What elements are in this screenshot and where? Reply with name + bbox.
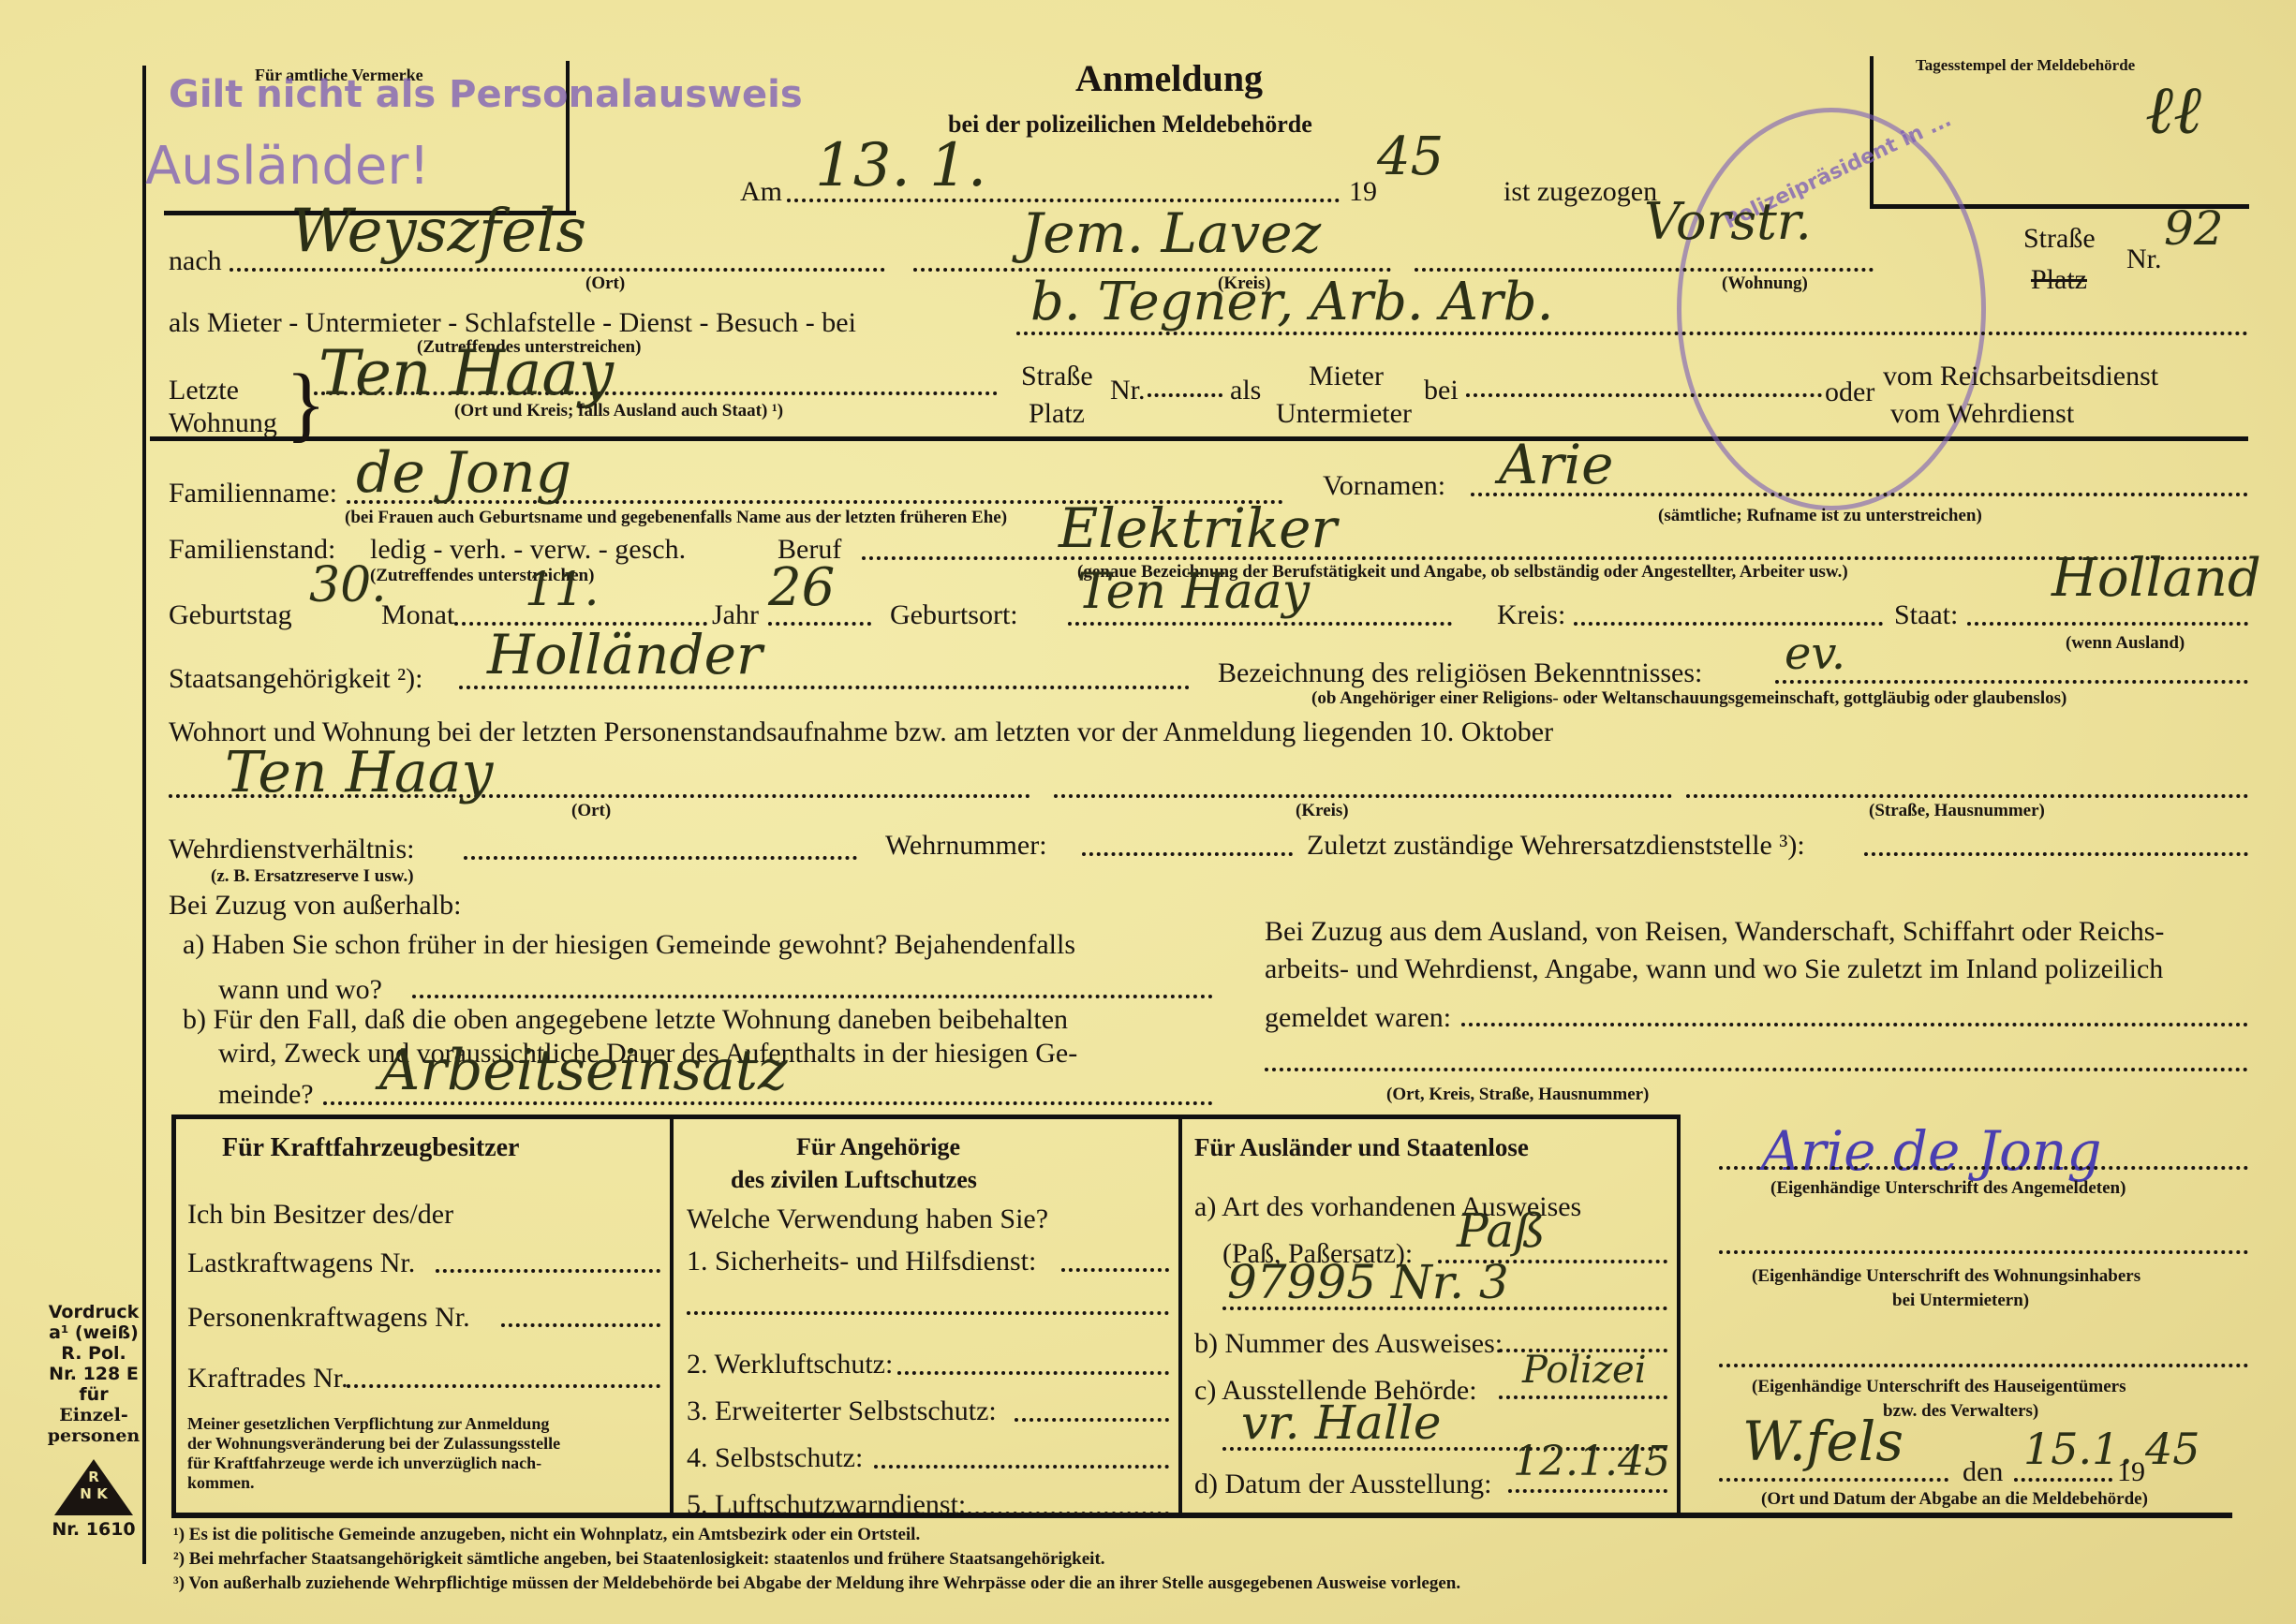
outside-a-line: [412, 995, 1213, 998]
last-residence-caption: (Ort und Kreis; falls Ausland auch Staat…: [454, 401, 783, 421]
birth-year-value[interactable]: 26: [768, 557, 835, 618]
last-residence-value[interactable]: Ten Haay: [318, 337, 614, 409]
abroad-line1: Bei Zuzug aus dem Ausland, von Reisen, W…: [1265, 916, 2164, 948]
boxes-top: [171, 1115, 1680, 1119]
airraid-title-1: Für Angehörige: [796, 1133, 960, 1161]
boxes-bottom: [171, 1513, 2232, 1518]
form-info-bold-line: personen: [37, 1425, 150, 1446]
vehicle-note: Meiner gesetzlichen Verpflichtung zur An…: [187, 1414, 560, 1493]
outside-b-line1: b) Für den Fall, daß die oben angegebene…: [183, 1004, 1068, 1036]
airraid-field[interactable]: [968, 1512, 1169, 1515]
given-names-value[interactable]: Arie: [1499, 433, 1614, 496]
submission-date-line: [2014, 1478, 2112, 1482]
birthday-label: Geburtstag: [169, 599, 292, 631]
recruiting-office-line: [1864, 852, 2248, 856]
year-line: [768, 622, 871, 626]
issue-date-label: d) Datum der Ausstellung:: [1194, 1469, 1491, 1500]
census-kreis-caption: (Kreis): [1296, 801, 1349, 821]
platz-label: Platz: [2031, 264, 2087, 296]
birthday-value[interactable]: 30.: [309, 557, 387, 613]
page-title: Anmeldung: [1075, 56, 1263, 100]
lr-bei-line: [1466, 393, 1822, 397]
owner-caption-2: bzw. des Verwalters): [1883, 1401, 2038, 1422]
outside-b-line3: meinde?: [218, 1079, 314, 1111]
birthplace-label: Geburtsort:: [890, 599, 1018, 631]
given-names-label: Vornamen:: [1323, 470, 1445, 502]
abroad-caption: (Ort, Kreis, Straße, Hausnummer): [1386, 1085, 1649, 1105]
wohnung-caption: (Wohnung): [1722, 273, 1808, 294]
district-line: [1574, 622, 1883, 626]
birthplace-line: [1068, 622, 1452, 626]
motorcycle-field[interactable]: [347, 1384, 660, 1388]
box-divider-2: [1178, 1119, 1182, 1517]
lr-bei: bei: [1424, 375, 1459, 406]
submission-place[interactable]: W.fels: [1742, 1410, 1903, 1473]
airraid-question: Welche Verwendung haben Sie?: [687, 1203, 1048, 1235]
district-label: Kreis:: [1497, 599, 1565, 631]
destination-district[interactable]: Jem. Lavez: [1021, 201, 1321, 265]
surname-value[interactable]: de Jong: [356, 440, 571, 506]
vehicle-note-line: für Kraftfahrzeuge werde ich unverzüglic…: [187, 1454, 560, 1473]
strasse-label: Straße: [2023, 223, 2096, 255]
issue-date-value[interactable]: 12.1.45: [1513, 1438, 1670, 1485]
lr-mieter: Mieter: [1309, 361, 1384, 392]
vehicle-box-title: Für Kraftfahrzeugbesitzer: [222, 1133, 520, 1163]
issuing-authority-value-2[interactable]: vr. Halle: [1241, 1395, 1441, 1450]
census-place-value[interactable]: Ten Haay: [225, 740, 493, 805]
id-number-label: b) Nummer des Ausweises:: [1194, 1328, 1503, 1360]
religion-label: Bezeichnung des religiösen Bekenntnisses…: [1218, 657, 1702, 689]
tenant-caption-2: bei Untermietern): [1892, 1291, 2029, 1311]
religion-value[interactable]: ev.: [1785, 627, 1845, 680]
submission-year-prefix: 19: [2117, 1456, 2145, 1488]
lr-als: als: [1230, 375, 1261, 406]
ort-caption: (Ort): [585, 273, 625, 294]
lr-untermieter: Untermieter: [1276, 398, 1412, 430]
page-subtitle: bei der polizeilichen Meldebehörde: [948, 111, 1312, 139]
registrant-caption: (Eigenhändige Unterschrift des Angemelde…: [1770, 1178, 2126, 1199]
issuing-authority-line: [1499, 1395, 1667, 1399]
airraid-field-extra[interactable]: [687, 1311, 1169, 1315]
last-residence-label-1: Letzte: [169, 375, 239, 406]
military-status-line: [464, 856, 857, 860]
military-status-label: Wehrdienstverhältnis:: [169, 834, 415, 865]
submission-year[interactable]: 45: [2145, 1424, 2200, 1474]
house-number[interactable]: 92: [2164, 201, 2224, 256]
lr-rad: vom Reichsarbeitsdienst: [1883, 361, 2158, 392]
census-street-caption: (Straße, Hausnummer): [1869, 801, 2045, 821]
boxes-left: [171, 1115, 176, 1517]
citizenship-value[interactable]: Holländer: [487, 623, 763, 687]
tenant-signature-line[interactable]: [1719, 1250, 2248, 1254]
vehicle-note-line: der Wohnungsveränderung bei der Zulassun…: [187, 1434, 560, 1454]
census-ort-caption: (Ort): [571, 801, 611, 821]
owner-caption-1: (Eigenhändige Unterschrift des Hauseigen…: [1752, 1377, 2126, 1397]
issuing-authority-value[interactable]: Polizei: [1522, 1349, 1647, 1392]
moved-in-label: ist zugezogen: [1504, 176, 1657, 208]
move-in-year[interactable]: 45: [1377, 126, 1444, 187]
car-label: Personenkraftwagens Nr.: [187, 1302, 470, 1334]
issue-date-line: [1508, 1489, 1667, 1493]
submission-place-line: [1719, 1478, 1948, 1482]
military-number-line: [1082, 852, 1293, 856]
host-name[interactable]: b. Tegner, Arb. Arb.: [1030, 272, 1553, 332]
surname-label: Familienname:: [169, 478, 337, 509]
military-number-label: Wehrnummer:: [885, 830, 1047, 862]
official-initials: ℓℓ: [2145, 70, 2201, 150]
form-info-line: Nr. 128 E: [37, 1364, 150, 1384]
state-line: [1967, 622, 2248, 626]
destination-place[interactable]: Weyszfels: [290, 197, 586, 266]
abroad-line2: arbeits- und Wehrdienst, Angabe, wann un…: [1265, 953, 2163, 985]
census-kreis-line: [1054, 794, 1672, 798]
tenant-caption-1: (Eigenhändige Unterschrift des Wohnungsi…: [1752, 1266, 2140, 1287]
motorcycle-label: Kraftrades Nr.: [187, 1363, 348, 1395]
form-info-bold-line: Einzel-: [37, 1405, 150, 1425]
month-label: Monat: [381, 599, 454, 631]
airraid-item: 3. Erweiterter Selbstschutz:: [687, 1395, 997, 1427]
airraid-title-2: des zivilen Luftschutzes: [731, 1166, 977, 1194]
destination-street[interactable]: Vorstr.: [1644, 192, 1812, 251]
recruiting-office-label: Zuletzt zuständige Wehrersatzdienststell…: [1307, 830, 1805, 862]
abroad-line3: gemeldet waren:: [1265, 1002, 1451, 1034]
military-status-caption: (z. B. Ersatzreserve I usw.): [211, 866, 414, 887]
stay-purpose-value[interactable]: Arbeitseinsatz: [379, 1038, 788, 1103]
airraid-field[interactable]: [1061, 1268, 1169, 1272]
owner-signature-line[interactable]: [1719, 1364, 2248, 1367]
airraid-item: 2. Werkluftschutz:: [687, 1349, 893, 1380]
id-type-value[interactable]: Paß: [1457, 1203, 1546, 1258]
state-caption: (wenn Ausland): [2066, 633, 2185, 654]
lr-strasse: Straße: [1021, 361, 1093, 392]
tenancy-options: als Mieter - Untermieter - Schlafstelle …: [169, 307, 856, 339]
month-value[interactable]: 11.: [525, 562, 600, 616]
box-divider-1: [670, 1119, 674, 1517]
vehicle-note-line: Meiner gesetzlichen Verpflichtung zur An…: [187, 1414, 560, 1434]
form-info-line: Vordruck: [37, 1302, 150, 1322]
stamp-foreigner: Ausländer!: [145, 136, 430, 197]
lr-nr-line: [1148, 393, 1222, 397]
given-names-caption: (sämtliche; Rufname ist zu unterstreiche…: [1658, 506, 1982, 526]
footnotes: ¹) Es ist die politische Gemeinde anzuge…: [173, 1523, 1460, 1596]
registrant-signature[interactable]: Arie de Jong: [1761, 1119, 2101, 1183]
airraid-item: 5. Luftschutzwarndienst:: [687, 1489, 966, 1521]
outside-heading: Bei Zuzug von außerhalb:: [169, 890, 461, 922]
abroad-line-1: [1461, 1023, 2248, 1026]
profession-value[interactable]: Elektriker: [1059, 496, 1337, 560]
form-number: Nr. 1610: [37, 1519, 150, 1540]
marital-status-options[interactable]: ledig - verh. - verw. - gesch.: [370, 534, 686, 566]
outside-a-line1: a) Haben Sie schon früher in der hiesige…: [183, 929, 1075, 961]
outside-a-line2: wann und wo?: [218, 974, 382, 1006]
foreigner-box-title: Für Ausländer und Staatenlose: [1194, 1133, 1529, 1162]
lr-nr: Nr.: [1110, 375, 1146, 406]
state-value[interactable]: Holland: [2052, 548, 2261, 609]
id-number-handwritten[interactable]: 97995 Nr. 3: [1227, 1255, 1509, 1309]
lr-wehrdienst: vom Wehrdienst: [1890, 398, 2074, 430]
car-field[interactable]: [501, 1323, 660, 1327]
registrant-signature-line: [1719, 1166, 2248, 1170]
airraid-item: 1. Sicherheits- und Hilfsdienst:: [687, 1246, 1036, 1277]
surname-caption: (bei Frauen auch Geburtsname und gegeben…: [345, 508, 1007, 528]
submission-caption: (Ort und Datum der Abgabe an die Meldebe…: [1761, 1489, 2148, 1510]
lr-oder: oder: [1825, 376, 1874, 408]
day-stamp-label: Tagesstempel der Meldebehörde: [1916, 56, 2135, 75]
stamp-not-id: Gilt nicht als Personalausweis: [169, 73, 803, 116]
state-label: Staat:: [1894, 599, 1958, 631]
move-in-date[interactable]: 13. 1.: [815, 131, 986, 200]
footnote: ¹) Es ist die politische Gemeinde anzuge…: [173, 1523, 1460, 1547]
truck-label: Lastkraftwagens Nr.: [187, 1248, 415, 1279]
boxes-right: [1677, 1115, 1681, 1517]
birthplace-value[interactable]: Ten Haay: [1077, 564, 1310, 620]
form-info-line: für: [37, 1384, 150, 1405]
religion-line: [1775, 680, 2248, 684]
last-residence-label-2: Wohnung: [169, 407, 277, 439]
airraid-field[interactable]: [897, 1371, 1169, 1375]
airraid-field[interactable]: [1015, 1418, 1169, 1422]
ort-line: [230, 268, 885, 272]
form-info-line: a¹ (weiß): [37, 1322, 150, 1343]
religion-caption: (ob Angehöriger einer Religions- oder We…: [1311, 688, 2066, 709]
den-label: den: [1963, 1456, 2003, 1488]
footnote: ²) Bei mehrfacher Staatsangehörigkeit sä…: [173, 1547, 1460, 1572]
airraid-field[interactable]: [874, 1465, 1169, 1469]
vehicle-owner-line: Ich bin Besitzer des/der: [187, 1199, 453, 1231]
vehicle-note-line: kommen.: [187, 1473, 560, 1493]
nach-label: nach: [169, 245, 222, 277]
footnote: ³) Von außerhalb zuziehende Wehrpflichti…: [173, 1572, 1460, 1596]
truck-field[interactable]: [436, 1269, 660, 1273]
form-info-line: R. Pol.: [37, 1343, 150, 1364]
abroad-line-2: [1265, 1068, 2248, 1071]
form-info: Vordrucka¹ (weiß)R. Pol.Nr. 128 EfürEinz…: [37, 1302, 150, 1540]
citizenship-label: Staatsangehörigkeit ²):: [169, 663, 422, 695]
lr-platz: Platz: [1029, 398, 1085, 430]
rnk-logo-icon: RN K: [54, 1459, 133, 1515]
nr-label: Nr.: [2126, 244, 2162, 275]
census-street-line: [1686, 794, 2248, 798]
airraid-item: 4. Selbstschutz:: [687, 1442, 863, 1474]
am-label: Am: [740, 176, 782, 208]
year-prefix: 19: [1349, 176, 1377, 208]
